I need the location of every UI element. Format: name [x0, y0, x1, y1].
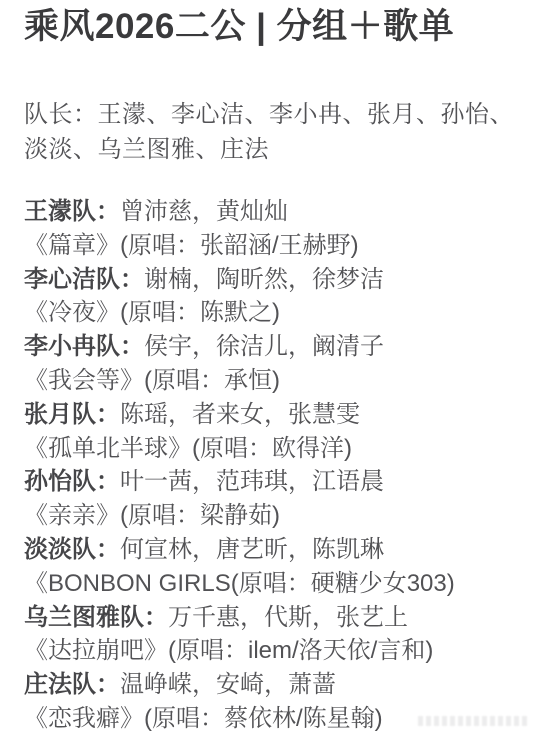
team-list: 王濛队：曾沛慈，黄灿灿 《篇章》(原唱：张韶涵/王赫野) 李心洁队：谢楠，陶昕然… — [24, 195, 532, 733]
captains-names: 王濛、李心洁、李小冉、张月、孙怡、淡淡、乌兰图雅、庄法 — [24, 101, 514, 163]
team-name: 王濛队： — [24, 198, 120, 225]
team-line: 王濛队：曾沛慈，黄灿灿 — [24, 195, 532, 229]
team-line: 庄法队：温峥嵘，安崎，萧蔷 — [24, 668, 532, 702]
song-line: 《BONBON GIRLS(原唱：硬糖少女303) — [24, 567, 532, 601]
song-line: 《我会等》(原唱：承恒) — [24, 364, 532, 398]
team-members: 何宣林，唐艺昕，陈凯琳 — [120, 536, 384, 563]
captains-paragraph: 队长：王濛、李心洁、李小冉、张月、孙怡、淡淡、乌兰图雅、庄法 — [24, 97, 532, 167]
team-line: 乌兰图雅队：万千惠，代斯，张艺上 — [24, 601, 532, 635]
song-line: 《亲亲》(原唱：梁静茹) — [24, 499, 532, 533]
team-members: 曾沛慈，黄灿灿 — [120, 198, 288, 225]
team-members: 万千惠，代斯，张艺上 — [168, 604, 408, 631]
team-line: 孙怡队：叶一茜，范玮琪，江语晨 — [24, 465, 532, 499]
team-members: 谢楠，陶昕然，徐梦洁 — [144, 266, 384, 293]
watermark — [418, 716, 530, 726]
song-line: 《冷夜》(原唱：陈默之) — [24, 296, 532, 330]
team-name: 张月队： — [24, 401, 120, 428]
song-line: 《篇章》(原唱：张韶涵/王赫野) — [24, 229, 532, 263]
team-line: 李小冉队：侯宇，徐洁儿，阚清子 — [24, 330, 532, 364]
team-members: 叶一茜，范玮琪，江语晨 — [120, 468, 384, 495]
song-line: 《孤单北半球》(原唱：欧得洋) — [24, 432, 532, 466]
team-line: 张月队：陈瑶，者来女，张慧雯 — [24, 398, 532, 432]
team-name: 乌兰图雅队： — [24, 604, 168, 631]
team-members: 温峥嵘，安崎，萧蔷 — [120, 671, 336, 698]
team-name: 孙怡队： — [24, 468, 120, 495]
team-name: 李心洁队： — [24, 266, 144, 293]
captains-label: 队长： — [24, 101, 98, 128]
team-name: 李小冉队： — [24, 333, 144, 360]
song-line: 《达拉崩吧》(原唱：ilem/洛天依/言和) — [24, 634, 532, 668]
page-title: 乘风2026二公 | 分组＋歌单 — [24, 6, 532, 48]
team-name: 淡淡队： — [24, 536, 120, 563]
team-members: 陈瑶，者来女，张慧雯 — [120, 401, 360, 428]
team-name: 庄法队： — [24, 671, 120, 698]
team-line: 李心洁队：谢楠，陶昕然，徐梦洁 — [24, 263, 532, 297]
team-members: 侯宇，徐洁儿，阚清子 — [144, 333, 384, 360]
post-image: 乘风2026二公 | 分组＋歌单 队长：王濛、李心洁、李小冉、张月、孙怡、淡淡、… — [0, 0, 540, 733]
team-line: 淡淡队：何宣林，唐艺昕，陈凯琳 — [24, 533, 532, 567]
